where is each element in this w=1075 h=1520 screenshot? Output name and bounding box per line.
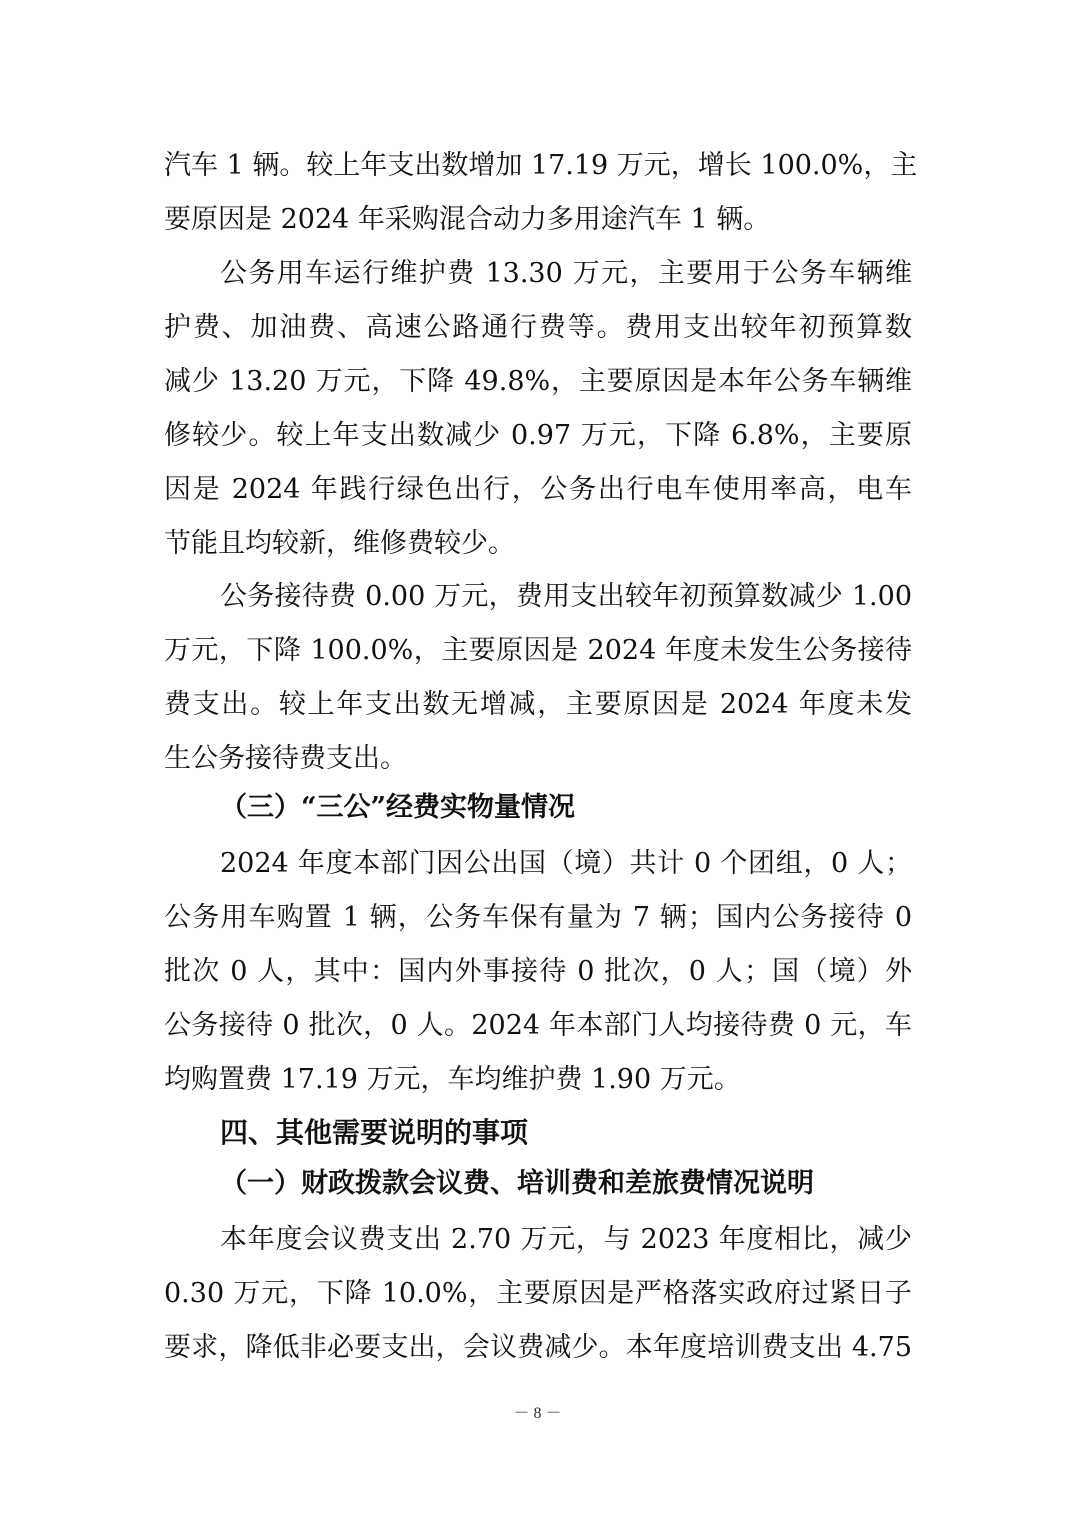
- document-page: 汽车 1 辆。较上年支出数增加 17.19 万元，增长 100.0%，主 要原因…: [0, 0, 1075, 1520]
- paragraph-line: 要原因是 2024 年采购混合动力多用途汽车 1 辆。: [164, 200, 912, 240]
- paragraph-line: 万元，下降 100.0%，主要原因是 2024 年度未发生公务接待: [164, 631, 912, 671]
- paragraph-line: 要求，降低非必要支出，会议费减少。本年度培训费支出 4.75: [164, 1328, 912, 1368]
- section-3-heading: （三）“三公”经费实物量情况: [220, 788, 575, 828]
- paragraph-line: 批次 0 人，其中：国内外事接待 0 批次，0 人；国（境）外: [164, 952, 912, 992]
- section-4-1-heading: （一）财政拨款会议费、培训费和差旅费情况说明: [220, 1164, 814, 1204]
- paragraph-line: 节能且均较新，维修费较少。: [164, 524, 912, 564]
- section-4-heading: 四、其他需要说明的事项: [220, 1113, 528, 1153]
- paragraph-line: 2024 年度本部门因公出国（境）共计 0 个团组，0 人；: [220, 844, 912, 884]
- paragraph-line: 护费、加油费、高速公路通行费等。费用支出较年初预算数: [164, 308, 912, 348]
- paragraph-line: 公务用车购置 1 辆，公务车保有量为 7 辆；国内公务接待 0: [164, 898, 912, 938]
- paragraph-line: 费支出。较上年支出数无增减，主要原因是 2024 年度未发: [164, 685, 912, 725]
- paragraph-line: 0.30 万元，下降 10.0%，主要原因是严格落实政府过紧日子: [164, 1274, 912, 1314]
- paragraph-line: 修较少。较上年支出数减少 0.97 万元，下降 6.8%，主要原: [164, 416, 912, 456]
- paragraph-line: 均购置费 17.19 万元，车均维护费 1.90 万元。: [164, 1060, 912, 1100]
- paragraph-line: 减少 13.20 万元，下降 49.8%，主要原因是本年公务车辆维: [164, 362, 912, 402]
- paragraph-line: 因是 2024 年践行绿色出行，公务出行电车使用率高，电车: [164, 470, 912, 510]
- paragraph-line: 生公务接待费支出。: [164, 739, 912, 779]
- paragraph-line: 公务用车运行维护费 13.30 万元，主要用于公务车辆维: [220, 254, 912, 294]
- paragraph-line: 公务接待费 0.00 万元，费用支出较年初预算数减少 1.00: [220, 577, 912, 617]
- paragraph-line: 公务接待 0 批次，0 人。2024 年本部门人均接待费 0 元，车: [164, 1006, 912, 1046]
- paragraph-line: 本年度会议费支出 2.70 万元，与 2023 年度相比，减少: [220, 1220, 912, 1260]
- page-number: － 8 －: [0, 1403, 1075, 1425]
- paragraph-line: 汽车 1 辆。较上年支出数增加 17.19 万元，增长 100.0%，主: [164, 146, 912, 186]
